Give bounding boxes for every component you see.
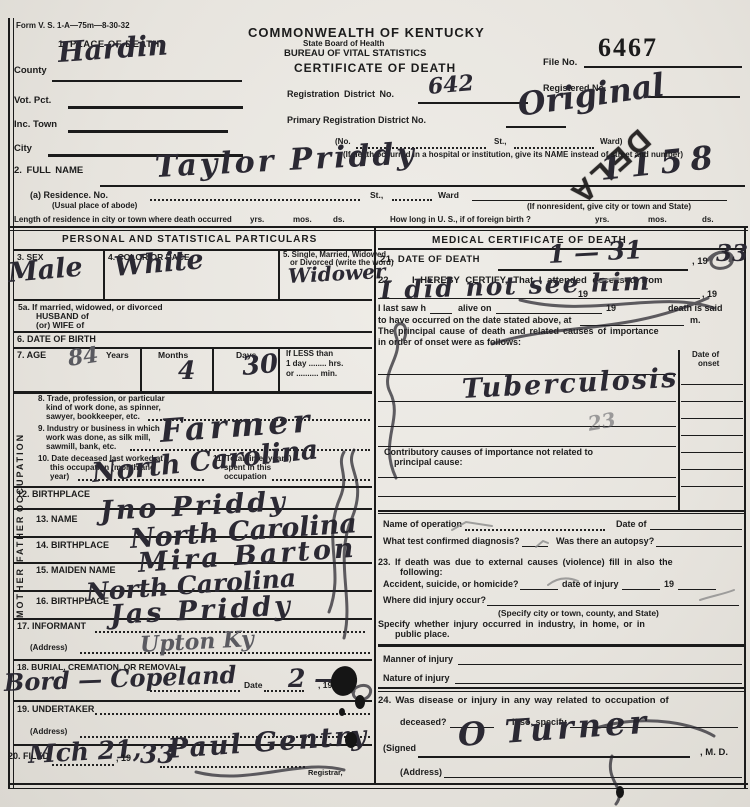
age-divider-2 [212, 347, 214, 391]
where-injury-label: Where did injury occur? [383, 596, 486, 606]
father-birthplace-label: 14. BIRTHPLACE [36, 541, 109, 551]
length-mos-label: mos. [293, 216, 312, 225]
manner-of-injury-line [458, 664, 742, 665]
injury-19-line [678, 589, 716, 590]
certify-line-2d: death is said [668, 304, 723, 314]
city-st-label: St., [494, 138, 506, 147]
autopsy-line [656, 546, 742, 547]
mother-side-label: MOTHER [15, 566, 25, 618]
county-label: County [14, 66, 47, 76]
how-long-us-label: How long in U. S., if of foreign birth ? [390, 216, 531, 225]
registrar-signature-handwriting: Paul Gentry [167, 720, 369, 765]
onset-header-2: onset [698, 360, 719, 369]
birthplace-label: 12. BIRTHPLACE [17, 490, 90, 500]
pencil-annotation: 23 [586, 407, 618, 435]
operation-label: Name of operation [383, 520, 462, 530]
operation-section-line [378, 510, 746, 512]
years-label: Years [106, 351, 129, 360]
column-divider [374, 228, 376, 785]
contrib-line-1 [378, 477, 676, 478]
length-residence-label: Length of residence in city or town wher… [14, 216, 232, 225]
marital-value-handwriting: Widower [287, 259, 386, 288]
undertaker-dotted-line [95, 713, 370, 715]
sex-value-handwriting: Male [7, 252, 84, 289]
bottom-border-inner [8, 788, 748, 789]
length-yrs-label: yrs. [250, 216, 264, 225]
abode-note: (Usual place of abode) [52, 202, 137, 211]
city-label: City [14, 144, 32, 154]
residence-line [150, 199, 360, 201]
onset-line-5 [681, 452, 743, 453]
trade-label-3: sawyer, bookkeeper, etc. [46, 413, 140, 422]
cell-divider-2 [278, 250, 280, 299]
accident-label: Accident, suicide, or homicide? [383, 580, 519, 590]
filed-month-handwriting: Mch 21, [27, 734, 142, 769]
less-than-label-3: or .......... min. [286, 370, 337, 379]
onset-line-7 [681, 486, 743, 487]
certify-line-2a: I last saw h [378, 304, 426, 314]
test-label: What test confirmed diagnosis? [383, 537, 520, 547]
residence-label: (a) Residence. No. [30, 191, 108, 201]
bureau-subheading: BUREAU OF VITAL STATISTICS [284, 49, 426, 59]
certify-note-handwriting: I did not see him [379, 267, 651, 305]
operation-date-label: Date of [616, 520, 647, 530]
certify-line-3m: m. [690, 316, 701, 326]
test-line [522, 546, 548, 547]
primary-registration-line [506, 126, 566, 128]
date-of-death-handwriting: 1 — 31 [547, 235, 643, 269]
certify-line-b [378, 298, 700, 299]
cause-line-3 [378, 426, 676, 427]
row5a-bottom-line [14, 331, 372, 333]
full-name-label: 2. FULL NAME [14, 166, 83, 176]
row3-bottom-line [14, 299, 372, 301]
file-no-label: File No. [543, 58, 577, 68]
nature-of-injury-line [455, 683, 742, 684]
city-st-line [514, 147, 594, 149]
total-time-dotted-line [272, 479, 370, 481]
specify-label-2: public place. [395, 630, 450, 640]
undertaker-address-label: (Address) [30, 728, 67, 737]
where-injury-note: (Specify city or town, county, and State… [498, 609, 659, 618]
contributory-label-2: principal cause: [394, 458, 463, 468]
injury-section-line [378, 687, 745, 689]
filed-nineteen-label: , 19 [116, 754, 131, 764]
burial-dotted-line [150, 690, 240, 692]
dod-nineteen-label: , 19 [692, 257, 708, 267]
us-ds-label: ds. [702, 216, 714, 225]
row17-bottom-line [14, 659, 372, 661]
onset-line-4 [681, 435, 743, 436]
filed-signature-dotted-line [160, 766, 305, 768]
header-divider [8, 226, 748, 228]
date-of-death-label: 21. DATE OF DEATH [380, 255, 480, 265]
accident-line [520, 589, 558, 590]
nonresident-note: (If nonresident, give city or town and S… [527, 203, 691, 212]
injury-section-line-2 [378, 691, 745, 692]
certify-b-19b: , 19 [702, 290, 717, 300]
dod-year-handwriting: 33 [716, 240, 748, 267]
where-injury-line [487, 605, 739, 606]
contrib-line-2 [378, 496, 676, 497]
age-years-handwriting: 84 [66, 342, 100, 372]
us-yrs-label: yrs. [595, 216, 609, 225]
external-cause-label-2: following: [400, 568, 443, 578]
age-divider-3 [278, 347, 280, 391]
certify-line-2b: alive on [458, 304, 492, 314]
residence-ward-line [472, 200, 727, 201]
full-name-handwriting: Taylor Priddy [154, 136, 418, 185]
original-annotation-handwriting: Original [515, 66, 666, 124]
header-divider-inner [8, 230, 748, 231]
physician-signature-handwriting: O Turner [457, 703, 652, 754]
file-no-line [584, 66, 742, 68]
operation-line [465, 529, 605, 531]
signed-line [418, 756, 690, 758]
registration-district-line [418, 102, 528, 104]
color-value-handwriting: White [113, 244, 205, 283]
full-name-line [100, 185, 745, 187]
maiden-name-label: 15. MAIDEN NAME [36, 566, 116, 576]
personal-section-title: PERSONAL AND STATISTICAL PARTICULARS [62, 235, 317, 246]
certify-line-3: to have occurred on the date stated abov… [378, 316, 572, 326]
age-days-handwriting: 30 [241, 349, 280, 382]
bottom-border [8, 783, 748, 785]
injury-date-label: date of injury [562, 580, 619, 590]
certify-h-line [430, 313, 452, 314]
residence-ward-label: Ward [438, 191, 459, 200]
undertaker-label: 19. UNDERTAKER [17, 705, 94, 715]
certify-line-5: in order of onset were as follows: [378, 338, 521, 348]
certify-line-4: The principal cause of death and related… [378, 327, 659, 337]
certify-b-19: 19 [578, 290, 588, 300]
certify-alive-line [496, 313, 602, 314]
age-months-handwriting: 4 [178, 356, 195, 385]
right-border [744, 228, 746, 788]
less-than-label-1: If LESS than [286, 350, 333, 359]
married-label-3: (or) WIFE of [36, 321, 84, 330]
burial-nineteen-label: , 19 [318, 681, 332, 690]
injury-date-line [622, 589, 660, 590]
occupation-bottom-line [14, 486, 372, 488]
inc-town-line [68, 130, 228, 133]
inc-town-label: Inc. Town [14, 120, 57, 130]
county-value-handwriting: Hardin [57, 28, 169, 69]
manner-of-injury-label: Manner of injury [383, 655, 453, 665]
onset-line-1 [681, 384, 743, 385]
primary-registration-label: Primary Registration District No. [287, 116, 426, 126]
age-divider-1 [140, 347, 142, 391]
registrar-label: Registrar, [308, 769, 343, 777]
row18-bottom-line [14, 700, 372, 702]
signed-address-label: (Address) [400, 768, 442, 778]
residence-st-line [392, 199, 432, 201]
specify-bottom-line [378, 644, 745, 647]
father-name-label: 13. NAME [36, 515, 78, 525]
commonwealth-heading: COMMONWEALTH OF KENTUCKY [248, 26, 485, 40]
certify-line-2c: 19 [606, 304, 616, 314]
signed-label: (Signed [383, 744, 416, 754]
less-than-label-2: 1 day ........ hrs. [286, 360, 343, 369]
burial-date-label: Date [244, 681, 262, 690]
md-label: , M. D. [700, 748, 728, 758]
informant-address-label: (Address) [30, 644, 67, 653]
registration-district-label: Registration District No. [287, 90, 394, 100]
onset-column-divider [678, 350, 680, 512]
onset-line-6 [681, 469, 743, 470]
us-mos-label: mos. [648, 216, 667, 225]
informant-label: 17. INFORMANT [17, 622, 86, 632]
signed-address-line [444, 777, 742, 778]
vot-pct-line [68, 106, 243, 109]
nature-of-injury-label: Nature of injury [383, 674, 450, 684]
injury-19-label: 19 [664, 580, 674, 590]
form-code: Form V. S. 1-A—75m—8-30-32 [16, 22, 130, 31]
length-ds-label: ds. [333, 216, 345, 225]
onset-line-3 [681, 418, 743, 419]
last-worked-label-3: year) [50, 473, 69, 482]
file-no-value: 6467 [598, 34, 658, 62]
death-certificate-document: Form V. S. 1-A—75m—8-30-32 1. PLACE OF D… [0, 0, 750, 807]
cell-divider-1 [103, 250, 105, 299]
autopsy-label: Was there an autopsy? [556, 537, 654, 547]
residence-st-label: St., [370, 191, 383, 200]
cause-of-death-handwriting: Tuberculosis [461, 363, 679, 405]
onset-line-2 [681, 401, 743, 402]
city-ward-paren: Ward) [600, 138, 622, 147]
occupation-related-label-2: deceased? [400, 718, 447, 728]
vot-pct-label: Vot. Pct. [14, 96, 51, 106]
registration-district-value-handwriting: 642 [427, 70, 475, 100]
operation-section-line-2 [378, 513, 746, 514]
age-label: 7. AGE [17, 351, 46, 361]
industry-label-3: sawmill, bank, etc. [46, 443, 116, 452]
county-line [52, 80, 242, 82]
operation-date-line [650, 529, 742, 530]
